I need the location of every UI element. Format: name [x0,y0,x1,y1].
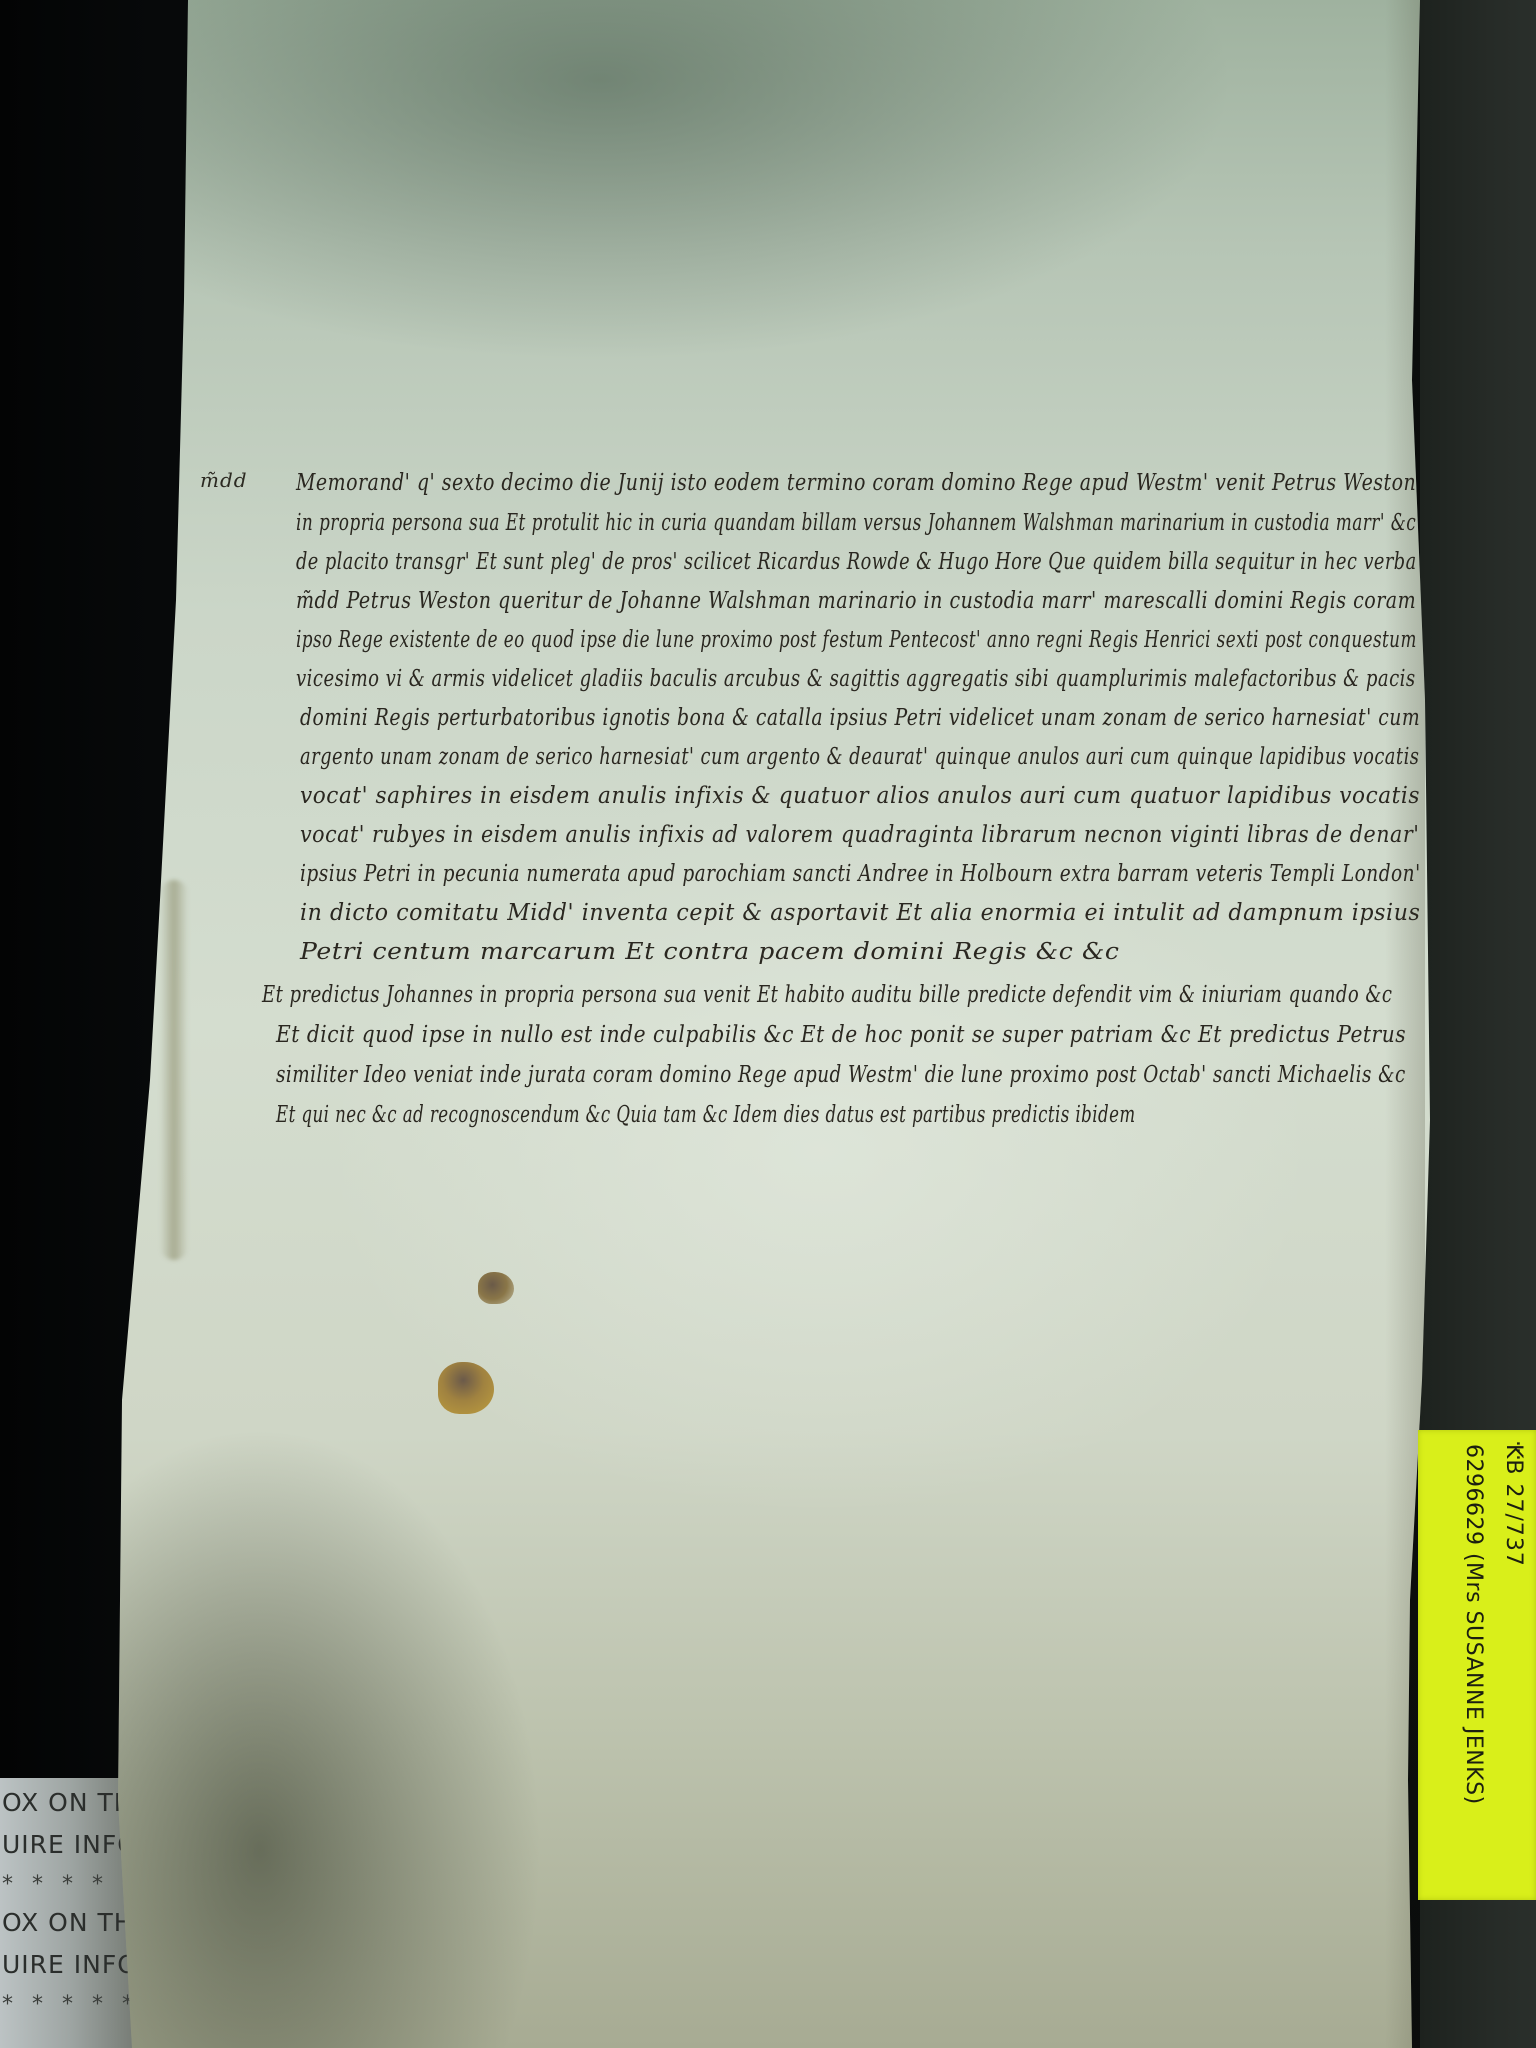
manuscript-line: Et dicit quod ipse in nullo est inde cul… [276,1022,1406,1048]
manuscript-line: vocat' saphires in eisdem anulis infixis… [300,783,1420,809]
archive-order-label: ... KB 27/737 6296629 (Mrs SUSANNE JENKS… [1418,1430,1536,1900]
manuscript-line: in propria persona sua Et protulit hic i… [296,510,1416,536]
manuscript-line: argento unam zonam de serico harnesiat' … [300,744,1419,770]
large-brown-stain [438,1362,494,1414]
manuscript-line: Memorand' q' sexto decimo die Junij isto… [296,470,1229,496]
print-card-line: OX ON TH [2,1908,134,1937]
manuscript-line: ipsius Petri in pecunia numerata apud pa… [300,861,1421,887]
print-card-line: OX ON TH [2,1788,134,1817]
manuscript-line: de placito transgr' Et sunt pleg' de pro… [296,549,1417,575]
manuscript-line: similiter Ideo veniat inde jurata coram … [276,1062,1406,1088]
marginal-note: m̃dd [200,468,248,492]
small-brown-stain [478,1272,514,1304]
manuscript-line: m̃dd Petrus Weston queritur de Johanne W… [296,588,1416,614]
manuscript-line: vicesimo vi & armis videlicet gladiis ba… [296,666,1416,692]
manuscript-line: vocat' rubyes in eisdem anulis infixis a… [300,822,1419,848]
photo-stage: OX ON TH UIRE INFOR * * * * * * * OX ON … [0,0,1536,2048]
manuscript-line: ipso Rege existente de eo quod ipse die … [296,627,1417,653]
manuscript-line: Petri centum marcarum Et contra pacem do… [300,939,1120,965]
label-order-id: 6296629 (Mrs SUSANNE JENKS) [1461,1444,1486,1805]
parchment-membrane: m̃dd Memorand' q' sexto decimo die Junij… [0,0,1536,2048]
manuscript-line: Et qui nec &c ad recognoscendum &c Quia … [276,1102,1136,1128]
manuscript-line: Et predictus Johannes in propria persona… [262,982,1392,1008]
manuscript-line: domini Regis perturbatoribus ignotis bon… [300,705,1420,731]
label-document-reference: KB 27/737 [1501,1444,1526,1567]
manuscript-line: in dicto comitatu Midd' inventa cepit & … [300,900,1420,926]
edge-water-stain [160,880,188,1260]
